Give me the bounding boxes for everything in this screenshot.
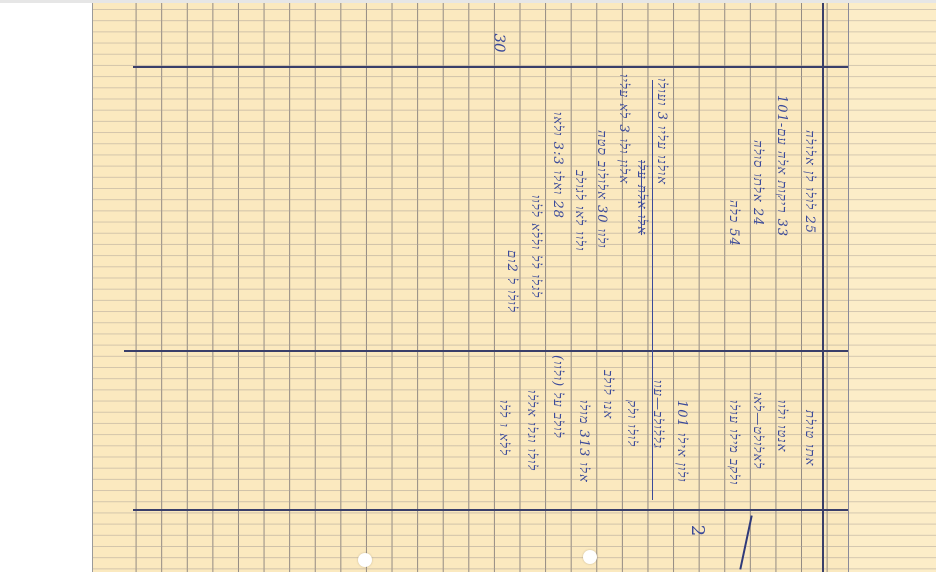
handwritten-line: 54 כלה (726, 200, 742, 247)
handwritten-line: 33 ריקות אלה עם-101 (774, 95, 790, 237)
punch-hole-right (583, 550, 597, 564)
handwritten-line: ללא ו ללו (496, 400, 512, 456)
handwritten-line: אתו טולת (802, 410, 818, 466)
handwritten-line: לולו ל 2ום (504, 250, 520, 313)
right-margin (849, 3, 936, 572)
margin-mark: 2 (687, 525, 708, 536)
handwritten-line: אנו לולב (600, 370, 616, 419)
page-number: 30 (491, 33, 509, 52)
heavy-rule-top (133, 66, 849, 68)
handwritten-line: ולקב מילו עולו (726, 400, 742, 486)
heavy-rule-bottom (133, 509, 849, 511)
strike-through-line (652, 80, 653, 500)
handwritten-line: לאלולט—לאו (750, 392, 766, 469)
handwritten-line: 28 ואלו 3:3 ולאו (550, 112, 566, 219)
left-margin (93, 3, 133, 572)
handwritten-line: אלון ולו 3 לא עליו (616, 74, 632, 184)
handwritten-line: 25 לולו לן אלולה (802, 130, 818, 234)
handwritten-line: אלו 313 מולו (576, 400, 592, 483)
margin-rule (848, 3, 849, 572)
handwritten-line: לגלו לל וללא ללוו (528, 195, 544, 298)
handwritten-line: לולב על (ולוו) (550, 355, 566, 439)
handwritten-line: ולון אילו 101 (674, 400, 690, 483)
handwritten-line: אנטו ולוו (774, 400, 790, 452)
heavy-rule-middle (124, 350, 849, 352)
punch-hole-left (358, 553, 372, 567)
handwritten-line: 24 אלתו סולה (750, 140, 766, 226)
heavy-rule-right (822, 3, 824, 572)
handwritten-line: לולו וגלו אללו (524, 390, 540, 471)
handwritten-line: ולוו לאו לגולב (572, 170, 588, 252)
handwritten-line: אולנו עליו 3 ועולו (654, 78, 670, 185)
handwritten-line-struck: אלו אלת עלו (634, 160, 650, 235)
handwritten-line: ולוו 30 אלולוב סטה (594, 130, 610, 249)
handwritten-line: לולו ולק (624, 400, 640, 447)
